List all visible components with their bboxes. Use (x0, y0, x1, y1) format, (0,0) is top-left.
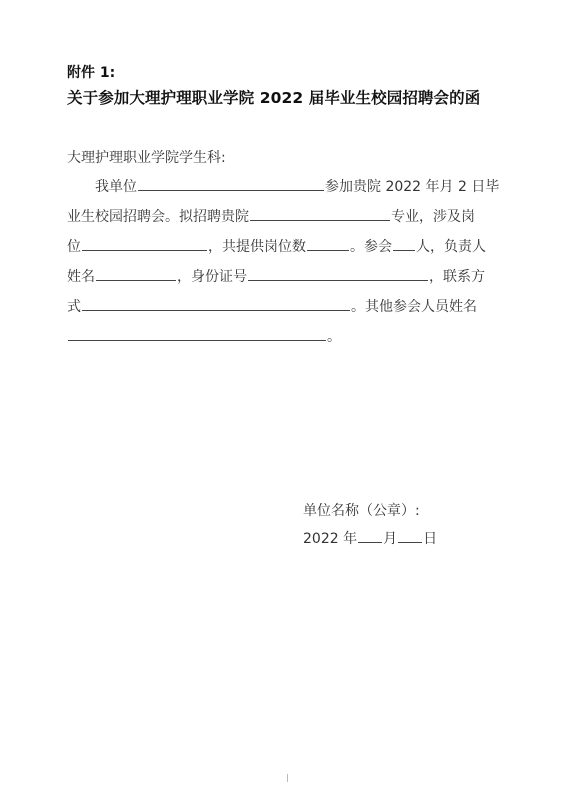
position-count-blank[interactable] (307, 236, 349, 251)
text: 姓名 (67, 269, 95, 285)
text: 人，负责人 (416, 239, 486, 255)
month-text: 月 (383, 531, 397, 547)
attachment-label: 附件 1: (67, 62, 115, 82)
signature-unit-label: 单位名称（公章）: (303, 500, 420, 520)
month-blank[interactable] (358, 528, 382, 543)
attendee-count-blank[interactable] (393, 236, 415, 251)
text: 。其他参会人员姓名 (351, 299, 477, 315)
day-blank[interactable] (398, 528, 422, 543)
text: 我单位 (95, 179, 137, 195)
text: 式 (67, 299, 81, 315)
document-title: 关于参加大理护理职业学院 2022 届毕业生校园招聘会的函 (67, 86, 480, 108)
text: 业生校园招聘会。拟招聘贵院 (67, 209, 249, 225)
text: 。参会 (350, 239, 392, 255)
salutation: 大理护理职业学院学生科: (67, 147, 226, 167)
body-line-1: 我单位参加贵院 2022 年月 2 日毕 (95, 176, 499, 196)
text: ，身份证号 (177, 269, 247, 285)
text: 参加贵院 2022 年月 2 日毕 (325, 179, 499, 195)
text: 位 (67, 239, 81, 255)
contact-blank[interactable] (82, 296, 350, 311)
body-line-3: 位，共提供岗位数。参会人，负责人 (67, 236, 486, 256)
other-attendees-blank[interactable] (68, 326, 326, 341)
major-blank[interactable] (250, 206, 390, 221)
text: 。 (327, 329, 341, 345)
leader-name-blank[interactable] (96, 266, 176, 281)
body-line-5: 式。其他参会人员姓名 (67, 296, 477, 316)
body-line-2: 业生校园招聘会。拟招聘贵院专业，涉及岗 (67, 206, 475, 226)
signature-date: 2022 年月日 (303, 528, 437, 548)
text: ，联系方 (429, 269, 485, 285)
year-text: 2022 年 (303, 531, 357, 547)
body-line-4: 姓名，身份证号，联系方 (67, 266, 485, 286)
id-number-blank[interactable] (248, 266, 428, 281)
unit-name-blank[interactable] (138, 176, 324, 191)
body-line-6: 。 (67, 326, 341, 346)
day-text: 日 (423, 531, 437, 547)
page-marker (287, 774, 288, 782)
text: 专业，涉及岗 (391, 209, 475, 225)
text: ，共提供岗位数 (208, 239, 306, 255)
positions-blank[interactable] (82, 236, 207, 251)
